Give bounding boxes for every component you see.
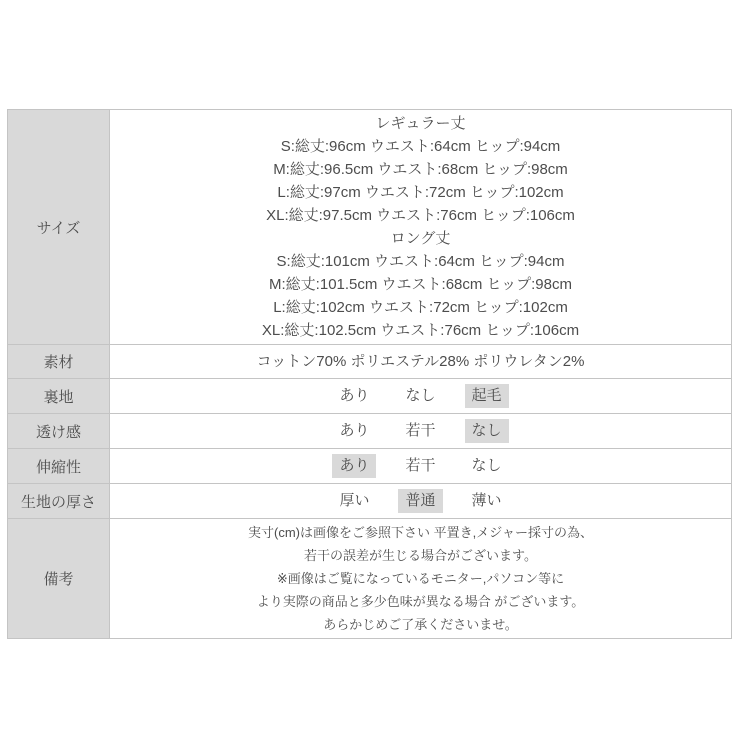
stretch-option: 若干 — [398, 454, 442, 478]
size-line: S:総丈:101cm ウエスト:64cm ヒップ:94cm — [118, 250, 723, 273]
fabric-thickness-option-selected: 普通 — [398, 489, 442, 513]
size-line: XL:総丈:97.5cm ウエスト:76cm ヒップ:106cm — [118, 204, 723, 227]
size-line: M:総丈:96.5cm ウエスト:68cm ヒップ:98cm — [118, 158, 723, 181]
size-line: S:総丈:96cm ウエスト:64cm ヒップ:94cm — [118, 135, 723, 158]
size-line: XL:総丈:102.5cm ウエスト:76cm ヒップ:106cm — [118, 319, 723, 342]
size-line: L:総丈:97cm ウエスト:72cm ヒップ:102cm — [118, 181, 723, 204]
spec-row-notes: 備考実寸(cm)は画像をご参照下さい 平置き,メジャー採寸の為、若干の誤差が生じ… — [8, 519, 732, 639]
row-value-fabric-thickness: 厚い普通薄い — [110, 484, 732, 519]
sheerness-option: あり — [332, 419, 376, 443]
row-value-sheerness: あり若干なし — [110, 414, 732, 449]
row-label-notes: 備考 — [8, 519, 110, 639]
row-value-stretch: あり若干なし — [110, 449, 732, 484]
row-label-lining: 裏地 — [8, 379, 110, 414]
row-value-material: コットン70% ポリエステル28% ポリウレタン2% — [110, 345, 732, 379]
row-label-material: 素材 — [8, 345, 110, 379]
size-line: ロング丈 — [118, 227, 723, 250]
row-label-size: サイズ — [8, 110, 110, 345]
sheerness-option-selected: なし — [465, 419, 509, 443]
lining-option: あり — [332, 384, 376, 408]
product-spec-table: サイズレギュラー丈S:総丈:96cm ウエスト:64cm ヒップ:94cmM:総… — [7, 109, 732, 639]
spec-row-lining: 裏地ありなし起毛 — [8, 379, 732, 414]
spec-row-stretch: 伸縮性あり若干なし — [8, 449, 732, 484]
row-value-size: レギュラー丈S:総丈:96cm ウエスト:64cm ヒップ:94cmM:総丈:9… — [110, 110, 732, 345]
notes-line: 若干の誤差が生じる場合がございます。 — [118, 544, 723, 567]
lining-option-selected: 起毛 — [465, 384, 509, 408]
sheerness-option: 若干 — [398, 419, 442, 443]
notes-line: あらかじめご了承くださいませ。 — [118, 613, 723, 636]
notes-line: より実際の商品と多少色味が異なる場合 がございます。 — [118, 590, 723, 613]
spec-row-sheerness: 透け感あり若干なし — [8, 414, 732, 449]
stretch-option: なし — [465, 454, 509, 478]
row-label-stretch: 伸縮性 — [8, 449, 110, 484]
size-line: レギュラー丈 — [118, 112, 723, 135]
product-spec-page: サイズレギュラー丈S:総丈:96cm ウエスト:64cm ヒップ:94cmM:総… — [0, 0, 740, 740]
row-label-sheerness: 透け感 — [8, 414, 110, 449]
spec-table-body: サイズレギュラー丈S:総丈:96cm ウエスト:64cm ヒップ:94cmM:総… — [8, 110, 732, 639]
row-value-lining: ありなし起毛 — [110, 379, 732, 414]
spec-row-material: 素材コットン70% ポリエステル28% ポリウレタン2% — [8, 345, 732, 379]
row-value-notes: 実寸(cm)は画像をご参照下さい 平置き,メジャー採寸の為、若干の誤差が生じる場… — [110, 519, 732, 639]
notes-line: 実寸(cm)は画像をご参照下さい 平置き,メジャー採寸の為、 — [118, 521, 723, 544]
lining-option: なし — [398, 384, 442, 408]
row-label-fabric-thickness: 生地の厚さ — [8, 484, 110, 519]
fabric-thickness-option: 薄い — [465, 489, 509, 513]
size-line: L:総丈:102cm ウエスト:72cm ヒップ:102cm — [118, 296, 723, 319]
spec-row-size: サイズレギュラー丈S:総丈:96cm ウエスト:64cm ヒップ:94cmM:総… — [8, 110, 732, 345]
notes-line: ※画像はご覧になっているモニター,パソコン等に — [118, 567, 723, 590]
size-line: M:総丈:101.5cm ウエスト:68cm ヒップ:98cm — [118, 273, 723, 296]
spec-row-fabric-thickness: 生地の厚さ厚い普通薄い — [8, 484, 732, 519]
fabric-thickness-option: 厚い — [332, 489, 376, 513]
stretch-option-selected: あり — [332, 454, 376, 478]
